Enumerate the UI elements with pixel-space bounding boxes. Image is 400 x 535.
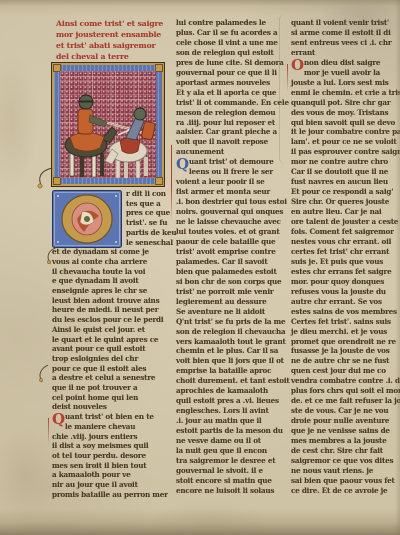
- text-line: ne nous vaut riens. je: [291, 466, 400, 476]
- line-text: ne le laisse chevauche avec: [176, 217, 281, 226]
- line-text: tes que a: [126, 199, 161, 208]
- line-text: legierement au dessure: [176, 297, 266, 306]
- line-text: le seneschal: [126, 238, 173, 247]
- line-text: cel point home qui len: [52, 393, 138, 402]
- text-line: ore talent de jouster a ceste: [291, 217, 400, 227]
- line-text: ne nous vaut riens. je: [291, 466, 373, 475]
- text-line: choit durement. et tant estoit: [176, 376, 284, 386]
- text-line: partis de keu: [52, 228, 170, 238]
- line-text: englesches. Lors li avint: [176, 406, 269, 415]
- text-line: plus fors chrs qui soit el mon: [291, 386, 400, 396]
- line-text: mor je vueil avoir la: [304, 68, 380, 77]
- text-line: que je ne venisse sains de: [291, 426, 400, 436]
- text-line: .i. jour au matin que il: [176, 416, 284, 426]
- text-line: autre chr errant. Se vos: [291, 297, 400, 307]
- line-text: jouste a lui. Lors sest mis: [291, 78, 389, 87]
- line-text: nestes vous chr errant. oil: [291, 237, 391, 246]
- rubric: Ainsi come trist' et saigremor jousteren…: [52, 18, 172, 62]
- line-text: sent entreus vees ci .i. chr: [291, 38, 391, 47]
- line-text: enseignie apres le chr se: [52, 286, 147, 295]
- text-line: heure de miedi. il neust per: [52, 305, 170, 315]
- line-text: uant trist' ot demoure: [189, 157, 274, 166]
- line-text: qui bien savoit quil se devo: [291, 118, 395, 127]
- text-line: droie pour nulle aventure: [291, 416, 400, 426]
- text-line: pres de lune cite. Si demora: [176, 58, 284, 68]
- text-line: voit que il navoit repose: [176, 137, 284, 147]
- rubric-line: del cheval a terre: [52, 51, 172, 62]
- text-column-middle: lui contre palamedes leplus. Car il se f…: [176, 18, 284, 496]
- line-text: des vous de moy. Tristans: [291, 108, 388, 117]
- text-line: Se aventure ne li aidoit: [176, 307, 284, 317]
- text-line: sai bien que paour vous fet: [291, 476, 400, 486]
- line-text: fust navres en aucun lieu: [291, 177, 388, 186]
- line-text: ce dire. Et de ce avroie je: [291, 486, 387, 495]
- text-line: trop esloignies del chr: [52, 354, 170, 364]
- text-column-right: quant il voient venir trist'si arme come…: [291, 18, 400, 496]
- text-line: nir au jour que il avoit: [52, 480, 170, 490]
- page-edge-shadow-top: [0, 0, 400, 6]
- line-text: a kamaaloth pour ve: [52, 470, 131, 479]
- line-text: Q'nt trist' se fu pris de la me: [176, 317, 285, 326]
- line-text: ra .iiij. pour lui reposer et: [176, 118, 275, 127]
- line-text: trop esloignies del chr: [52, 354, 138, 363]
- text-line: jouste a lui. Lors sest mis: [291, 78, 400, 88]
- miniature: [52, 63, 164, 186]
- text-line: leust bien adont trouve ains: [52, 296, 170, 306]
- text-line: e que dynadam li avoit: [52, 276, 170, 286]
- line-text: uant trist' ot bien en te: [65, 412, 154, 421]
- text-line: Quant trist' ot bien en te: [52, 412, 170, 422]
- text-line: errant: [291, 48, 400, 58]
- text-line: le maniere chevau: [52, 422, 170, 432]
- text-line: trist'. se fu: [52, 218, 170, 228]
- text-line: lui contre palamedes le: [176, 18, 284, 28]
- text-line: aprochies de kamaaloth: [176, 386, 284, 396]
- line-text: Ainsi come trist' et saigre: [56, 19, 163, 28]
- text-line: le quart et le quint apres ce: [52, 335, 170, 345]
- line-text: del cheval a terre: [56, 52, 129, 61]
- line-text: paour de cele bataille que: [176, 237, 275, 246]
- line-text: choit durement. et tant estoit: [176, 376, 290, 385]
- line-text: Se aventure ne li aidoit: [176, 307, 265, 316]
- line-text: quanquil pot. Sire chr gar: [291, 98, 390, 107]
- text-line: pour ce que il estoit ales: [52, 364, 170, 374]
- line-text: chie .viij. jours entiers: [52, 432, 137, 441]
- text-line: mor je vueil avoir la: [291, 68, 400, 78]
- text-line: du les esclos pour ce le perdi: [52, 315, 170, 325]
- text-line: trist' avoit emprise contre: [176, 247, 284, 257]
- text-line: .i. bon destrier qui tous estoi: [176, 197, 284, 207]
- text-line: gouvernal le sivoit. il e: [176, 466, 284, 476]
- line-text: ore talent de jouster a ceste: [291, 217, 398, 226]
- text-line: son de relegion il chevaucha: [176, 327, 284, 337]
- text-line: la nuit geu que il encon: [176, 446, 284, 456]
- text-line: de. et ce me fait refuser la jo: [291, 396, 400, 406]
- rubric-line: Ainsi come trist' et saigre: [52, 18, 172, 29]
- line-text: suis je. Et puis que vous: [291, 257, 383, 266]
- line-text: en autre lieu. Car je nai: [291, 207, 382, 216]
- text-line: lam'. et pour ce ne se voloit: [291, 137, 400, 147]
- text-line: a destre et celui a senestre: [52, 373, 170, 383]
- gold-corner-ornament: [155, 64, 163, 72]
- line-text: il chevaucha toute la voi: [52, 267, 145, 276]
- text-line: avant pour ce quil estoit: [52, 344, 170, 354]
- text-line: gouvernal pour ce que il li: [176, 68, 284, 78]
- line-text: lui contre palamedes le: [176, 18, 266, 27]
- line-text: saigremor ce que vos dites: [291, 456, 393, 465]
- text-line: si arme come il estoit il di: [291, 28, 400, 38]
- line-text: vers kamaaloth tout le grant: [176, 337, 286, 346]
- text-line: estoit partis de la meson du: [176, 426, 284, 436]
- line-text: a destre et celui a senestre: [52, 373, 155, 382]
- line-text: avant pour ce quil estoit: [52, 344, 145, 353]
- line-text: de cest chr. Sire chr fait: [291, 446, 383, 455]
- line-text: cele chose il vint a une me: [176, 38, 278, 47]
- line-text: si bon chr de son corps que: [176, 277, 281, 286]
- text-line: ne vesve dame ou il ot: [176, 436, 284, 446]
- text-line: trist' li ot commande. En cele: [176, 98, 284, 108]
- text-line: il dist a soy meismes quil: [52, 441, 170, 451]
- text-line: quanquil pot. Sire chr gar: [291, 98, 400, 108]
- line-text: Certes fet trist'. sains suis: [291, 317, 391, 326]
- text-line: mor. pour quoy donques: [291, 277, 400, 287]
- text-line: bien que palamedes estoit: [176, 267, 284, 277]
- line-text: heure de miedi. il neust per: [52, 305, 158, 314]
- text-line: aaisier. Car grant pieche a: [176, 127, 284, 137]
- text-line: il chevaucha toute la voi: [52, 267, 170, 277]
- text-line: que il ne pot trouver a: [52, 383, 170, 393]
- text-line: qui bien savoit quil se devo: [291, 118, 400, 128]
- line-text: Et pour ce respondi a saig': [291, 187, 393, 196]
- pen-flourish-icon: [36, 364, 50, 384]
- line-text: Car il se doutoit que il ne: [291, 167, 388, 176]
- line-text: Et y ala et li aporta ce que: [176, 88, 276, 97]
- text-line: il pas esprouver contre saigre: [291, 147, 400, 157]
- line-text: gouvernal pour ce que il li: [176, 68, 277, 77]
- miniature-frame: [54, 65, 162, 184]
- line-text: encore ne luisoit li solaus: [176, 486, 274, 495]
- line-text: gouvernal le sivoit. il e: [176, 466, 263, 475]
- gold-corner-ornament: [155, 177, 163, 185]
- joust-scene-illustration: [60, 71, 156, 178]
- line-text: pres ce que: [126, 208, 170, 217]
- text-line: Quant trist' ot demoure: [176, 157, 284, 167]
- text-line: Q'nt trist' se fu pris de la me: [176, 317, 284, 327]
- text-line: a kamaaloth pour ve: [52, 470, 170, 480]
- text-line: Car il se doutoit que il ne: [291, 167, 400, 177]
- text-line: Et y ala et li aporta ce que: [176, 88, 284, 98]
- text-line: Certes fet trist'. sains suis: [291, 317, 400, 327]
- line-text: droie pour nulle aventure: [291, 416, 389, 425]
- line-text: stoit encore si matin que: [176, 476, 272, 485]
- line-text: r dit li con: [126, 189, 166, 198]
- line-text: it le jour combatre contre pa: [291, 127, 400, 136]
- line-text: pres de lune cite. Si demora: [176, 58, 284, 67]
- line-text: estes sains de vos membres: [291, 307, 397, 316]
- text-line: quen cest jour dui me co: [291, 366, 400, 376]
- line-text: fusasse je la jouste de vos: [291, 346, 390, 355]
- line-text: je dieu merchi. et je vous: [291, 327, 387, 336]
- text-line: je dieu merchi. et je vous: [291, 327, 400, 337]
- text-line: legierement au dessure: [176, 297, 284, 307]
- line-text: lui toutes voies. et ot grant: [176, 227, 280, 236]
- manuscript-page: Ainsi come trist' et saigremor jousteren…: [0, 0, 400, 535]
- line-text: aportast armes nouveles: [176, 78, 270, 87]
- line-text: enmi le chemin. et crie a trist': [291, 88, 400, 97]
- line-text: mor. pour quoy donques: [291, 277, 384, 286]
- parchment-stain: [0, 430, 60, 520]
- line-text: leust bien adont trouve ains: [52, 296, 159, 305]
- rubric-line: mor jousterent ensamble: [52, 29, 172, 40]
- line-text: bien que palamedes estoit: [176, 267, 277, 276]
- line-text: que je ne venisse sains de: [291, 426, 390, 435]
- text-line: enmi le chemin. et crie a trist': [291, 88, 400, 98]
- parchment-stain: [0, 52, 38, 192]
- text-line: plus. Car il se fu acordes a: [176, 28, 284, 38]
- line-text: plus. Car il se fu acordes a: [176, 28, 277, 37]
- line-text: non dieu dist saigre: [304, 58, 380, 67]
- text-line: Onon dieu dist saigre: [291, 58, 400, 68]
- text-line: de cest chr. Sire chr fait: [291, 446, 400, 456]
- text-line: saigremor ce que vos dites: [291, 456, 400, 466]
- line-text: ne de autre chr se ne fust: [291, 356, 389, 365]
- line-text: trist' ne porroit mie venir: [176, 287, 273, 296]
- text-line: it le jour combatre contre pa: [291, 127, 400, 137]
- text-line: pres ce que: [52, 208, 170, 218]
- line-text: Sire chr. Or queres jouste: [291, 197, 389, 206]
- line-text: que il ne pot trouver a: [52, 383, 137, 392]
- line-text: .i. jour au matin que il: [176, 416, 262, 425]
- line-text: refuses vous la jouste du: [291, 287, 386, 296]
- line-text: promet que orendroit ne re: [291, 337, 396, 346]
- line-text: leens ou li frere le ser: [189, 167, 273, 176]
- text-line: quil estoit pres a .vi. lieues: [176, 396, 284, 406]
- text-line: encore ne luisoit li solaus: [176, 486, 284, 496]
- text-line: nestes vous chr errant. oil: [291, 237, 400, 247]
- line-text: trist' avoit emprise contre: [176, 247, 276, 256]
- line-text: voit que il navoit repose: [176, 137, 268, 146]
- text-line: lui toutes voies. et ot grant: [176, 227, 284, 237]
- text-line: ste de vous. Car je ne vou: [291, 406, 400, 416]
- text-line: chie .viij. jours entiers: [52, 432, 170, 442]
- line-text: fist armer et monta seur: [176, 187, 270, 196]
- text-line: vous ai conte cha arriere: [52, 257, 170, 267]
- gold-corner-ornament: [53, 177, 61, 185]
- line-text: pour ce que il estoit ales: [52, 364, 146, 373]
- text-line: r dit li con: [52, 189, 170, 199]
- text-line: meson de relegion demou: [176, 108, 284, 118]
- text-line: si bon chr de son corps que: [176, 277, 284, 287]
- text-line: voient a leur pooir il se: [176, 177, 284, 187]
- text-line: cele chose il vint a une me: [176, 38, 284, 48]
- text-line: fust navres en aucun lieu: [291, 177, 400, 187]
- line-text: il pas esprouver contre saigre: [291, 147, 400, 156]
- line-text: .i. bon destrier qui tous estoi: [176, 197, 287, 206]
- line-text: quen cest jour dui me co: [291, 366, 386, 375]
- line-text: ot tel tour perdu. desore: [52, 451, 146, 460]
- line-text: et de dynadam si come je: [52, 247, 149, 256]
- line-text: nir au jour que il avoit: [52, 480, 138, 489]
- line-text: noirs. gouvernal qui onques: [176, 207, 283, 216]
- text-line: sent entreus vees ci .i. chr: [291, 38, 400, 48]
- rubric-line: et trist' abati saigremor: [52, 40, 172, 51]
- text-line: ne de autre chr se ne fust: [291, 356, 400, 366]
- text-line: stoit encore si matin que: [176, 476, 284, 486]
- text-line: vers kamaaloth tout le grant: [176, 337, 284, 347]
- text-line: aportast armes nouveles: [176, 78, 284, 88]
- text-line: promis bataille au perron mer: [52, 490, 170, 500]
- text-line: des vous de moy. Tristans: [291, 108, 400, 118]
- text-line: fois. Coment fet saigremor: [291, 227, 400, 237]
- pen-flourish-icon: [34, 166, 54, 190]
- text-line: mes membres a la jouste: [291, 436, 400, 446]
- text-line: ra .iiij. pour lui reposer et: [176, 118, 284, 128]
- line-text: vendra combatre contre .i. des: [291, 376, 400, 385]
- line-text: le maniere chevau: [65, 422, 135, 431]
- line-text: trist'. se fu: [126, 218, 167, 227]
- line-text: de. et ce me fait refuser la jo: [291, 396, 400, 405]
- line-text: estoit partis de la meson du: [176, 426, 283, 435]
- line-text: partis de keu: [126, 228, 176, 237]
- line-text: autre chr errant. Se vos: [291, 297, 382, 306]
- line-text: fois. Coment fet saigremor: [291, 227, 394, 236]
- text-line: ne le laisse chevauche avec: [176, 217, 284, 227]
- line-text: voit bien que li jors que il ot: [176, 356, 284, 365]
- line-text: son de relegion qui estoit: [176, 48, 274, 57]
- text-column-left: r dit li contes que apres ce quetrist'. …: [52, 189, 170, 500]
- text-line: Et pour ce respondi a saig': [291, 187, 400, 197]
- line-text: trist' li ot commande. En cele: [176, 98, 289, 107]
- line-text: ste de vous. Car je ne vou: [291, 406, 388, 415]
- text-line: paour de cele bataille que: [176, 237, 284, 247]
- text-line: cel point home qui len: [52, 393, 170, 403]
- text-line: mor ne contre autre chro: [291, 157, 400, 167]
- text-line: Ainsi le quist cel jour. et: [52, 325, 170, 335]
- text-line: son de relegion qui estoit: [176, 48, 284, 58]
- line-text: aprochies de kamaaloth: [176, 386, 268, 395]
- text-line: noirs. gouvernal qui onques: [176, 207, 284, 217]
- text-line: certes fet trist' chr errant: [291, 247, 400, 257]
- text-line: le seneschal: [52, 238, 170, 248]
- text-line: vendra combatre contre .i. des: [291, 376, 400, 386]
- line-text: il dist a soy meismes quil: [52, 441, 148, 450]
- line-text: si arme come il estoit il di: [291, 28, 391, 37]
- text-line: palamedes. Car il savoit: [176, 257, 284, 267]
- text-line: leens ou li frere le ser: [176, 167, 284, 177]
- text-line: chemin et le plus. Car il sa: [176, 346, 284, 356]
- line-text: lam'. et pour ce ne se voloit: [291, 137, 397, 146]
- text-line: promet que orendroit ne re: [291, 337, 400, 347]
- line-text: meson de relegion demou: [176, 108, 275, 117]
- line-text: chemin et le plus. Car il sa: [176, 346, 278, 355]
- line-text: le quart et le quint apres ce: [52, 335, 158, 344]
- line-text: tra saigremor le desree et: [176, 456, 275, 465]
- line-text: mes membres a la jouste: [291, 436, 386, 445]
- line-text: mor ne contre autre chro: [291, 157, 388, 166]
- line-text: emprise la bataille aproc: [176, 366, 271, 375]
- line-text: quil estoit pres a .vi. lieues: [176, 396, 279, 405]
- line-text: quant il voient venir trist': [291, 18, 389, 27]
- text-line: tra saigremor le desree et: [176, 456, 284, 466]
- line-text: mor jousterent ensamble: [56, 30, 161, 39]
- text-line: mes sen iroit il bien tout: [52, 461, 170, 471]
- line-text: sai bien que paour vous fet: [291, 476, 395, 485]
- text-line: ot tel tour perdu. desore: [52, 451, 170, 461]
- text-line: ce dire. Et de ce avroie je: [291, 486, 400, 496]
- line-text: ne vesve dame ou il ot: [176, 436, 261, 445]
- text-line: Sire chr. Or queres jouste: [291, 197, 400, 207]
- text-line: deist nouveles: [52, 402, 170, 412]
- line-text: voient a leur pooir il se: [176, 177, 265, 186]
- line-text: du les esclos pour ce le perdi: [52, 315, 163, 324]
- line-text: certes fet trist' chr errant: [291, 247, 389, 256]
- text-line: et de dynadam si come je: [52, 247, 170, 257]
- line-text: promis bataille au perron mer: [52, 490, 168, 499]
- text-line: tes que a: [52, 199, 170, 209]
- text-line: trist' ne porroit mie venir: [176, 287, 284, 297]
- text-line: enseignie apres le chr se: [52, 286, 170, 296]
- text-line: estes chr errans fet saigre: [291, 267, 400, 277]
- line-text: e que dynadam li avoit: [52, 276, 139, 285]
- line-text: plus fors chrs qui soit el mon: [291, 386, 400, 395]
- line-text: vous ai conte cha arriere: [52, 257, 147, 266]
- line-text: estes chr errans fet saigre: [291, 267, 391, 276]
- text-line: en autre lieu. Car je nai: [291, 207, 400, 217]
- line-text: mes sen iroit il bien tout: [52, 461, 146, 470]
- line-text: son de relegion il chevaucha: [176, 327, 285, 336]
- line-text: la nuit geu que il encon: [176, 446, 267, 455]
- text-line: emprise la bataille aproc: [176, 366, 284, 376]
- line-text: et trist' abati saigremor: [56, 41, 155, 50]
- text-line: refuses vous la jouste du: [291, 287, 400, 297]
- line-text: Ainsi le quist cel jour. et: [52, 325, 145, 334]
- text-line: fist armer et monta seur: [176, 187, 284, 197]
- text-line: estes sains de vos membres: [291, 307, 400, 317]
- text-line: fusasse je la jouste de vos: [291, 346, 400, 356]
- line-text: palamedes. Car il savoit: [176, 257, 267, 266]
- text-line: suis je. Et puis que vous: [291, 257, 400, 267]
- text-line: englesches. Lors li avint: [176, 406, 284, 416]
- text-line: voit bien que li jors que il ot: [176, 356, 284, 366]
- text-line: quant il voient venir trist': [291, 18, 400, 28]
- line-text: aaisier. Car grant pieche a: [176, 127, 277, 136]
- page-edge-shadow-bottom: [0, 522, 400, 535]
- page-edge-shadow-right: [395, 0, 400, 535]
- text-line: aucunement: [176, 147, 284, 157]
- right-knight-on-white-horse: [105, 108, 156, 178]
